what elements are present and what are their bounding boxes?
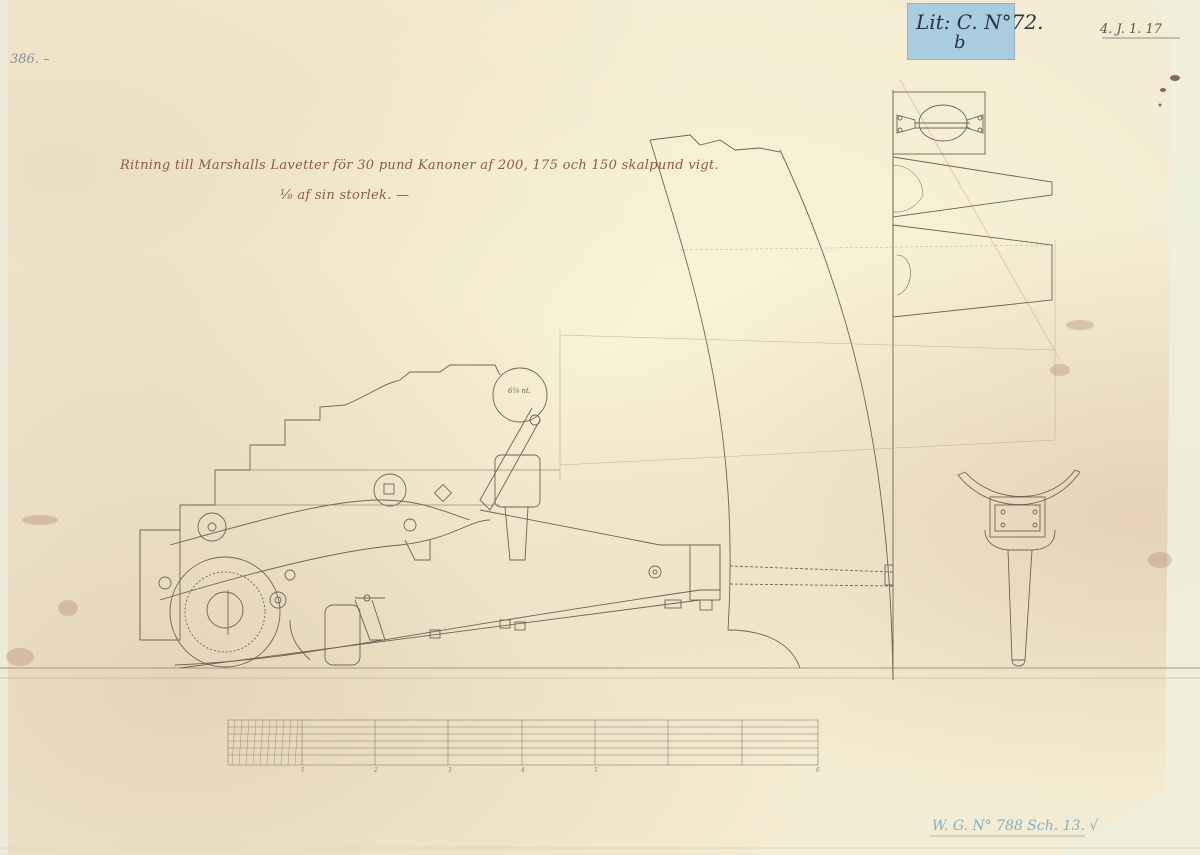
archive-stamp: W. G. N° 788 Sch. 13. √ [932, 818, 1098, 834]
top-right-note: 4. J. 1. 17 [1100, 22, 1162, 37]
drawing-title-line-1: Ritning till Marshalls Lavetter för 30 p… [120, 158, 719, 173]
dimension-note: 6⅜ nt. [508, 387, 531, 395]
catalog-label-sub: b [954, 32, 966, 53]
top-left-note: 386. – [10, 52, 50, 67]
catalog-label-number: Lit: C. N°72. [916, 10, 1043, 34]
catalog-label: Lit: C. N°72. b [907, 3, 1015, 60]
scale-bar [228, 720, 818, 765]
drawing-linework [0, 0, 1200, 855]
drawing-title-line-2: ⅛ af sin storlek. — [280, 188, 409, 203]
drawing-sheet: Ritning till Marshalls Lavetter för 30 p… [0, 0, 1200, 855]
